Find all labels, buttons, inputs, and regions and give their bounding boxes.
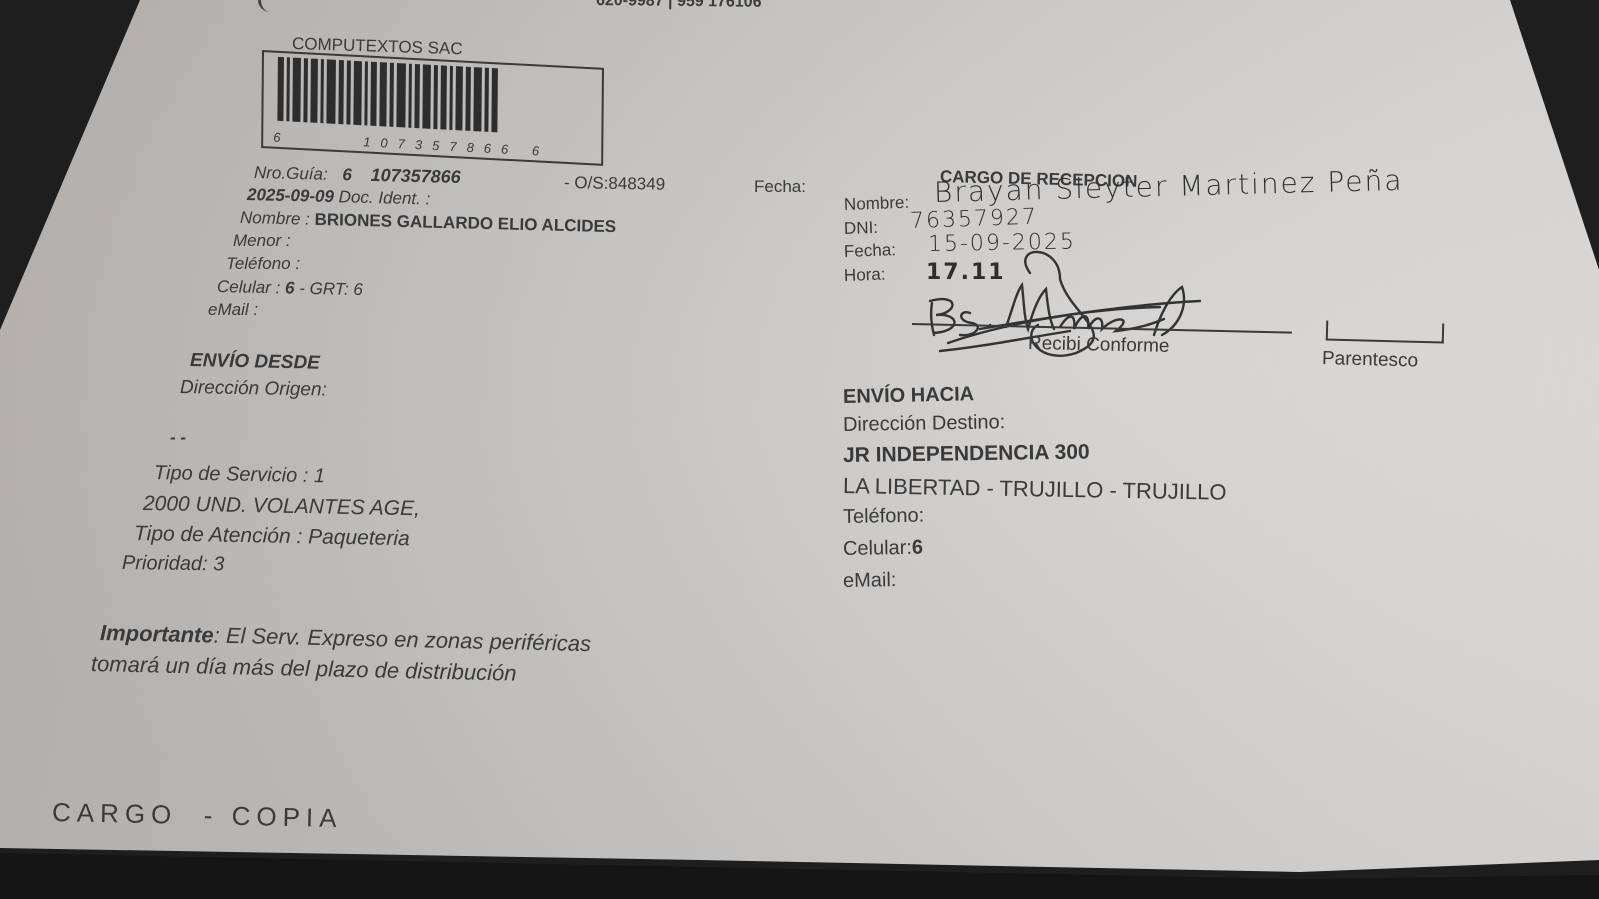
barcode-bar [440,65,447,129]
barcode-bar [286,57,290,121]
barcode-bar [465,67,471,131]
barcode-bar [379,62,387,126]
contact-strip: 620-9987 | 959 176106 [596,0,762,12]
barcode-bar [389,63,394,127]
barcode-bar [396,63,406,127]
barcode-bar [449,66,453,130]
os-number: - O/S:848349 [564,173,665,195]
parentesco-bracket [1326,320,1444,343]
barcode-bar [364,61,368,125]
barcode-bar [422,64,431,128]
barcode-bar [292,58,301,122]
celular-value: 6 [285,278,295,297]
barcode: 6 107357866 6 [261,50,604,166]
barcode-bar [473,67,482,131]
barcode-bar [326,59,336,123]
reception-dni-label: DNI: [844,218,879,239]
barcode-bar [455,66,463,130]
barcode-bar [484,68,489,132]
grt-value: - GRT: 6 [299,279,363,299]
tipo-servicio: Tipo de Servicio : 1 [154,462,325,488]
barcode-lead-digit: 6 [273,130,280,145]
origin-address-value: - - [170,428,186,448]
email-label: eMail : [208,300,258,320]
barcode-bar [338,60,344,124]
destination-celular-row: Celular:6 [843,537,923,561]
telefono-label: Teléfono : [226,254,300,274]
doc-ident-label: Doc. Ident. : [338,187,430,208]
copy-label: CARGO - COPIA [52,797,343,834]
barcode-bar [346,60,351,124]
barcode-bar [303,58,308,122]
destination-celular-label: Celular: [843,537,912,560]
signature-caption: Recibi Conforme [1028,333,1170,358]
receipt-paper [0,0,1599,899]
barcode-bar [277,57,284,121]
destination-heading: ENVÍO HACIA [843,383,975,409]
parentesco-caption: Parentesco [1322,348,1419,373]
barcode-bars [277,57,590,137]
destination-telefono-label: Teléfono: [843,505,925,529]
nro-guia-value: 107357866 [370,165,461,187]
prioridad: Prioridad: 3 [122,552,225,576]
fecha-value: 2025-09-09 [247,185,334,206]
origin-heading: ENVÍO DESDE [190,350,320,375]
barcode-bar [320,59,324,123]
reception-fecha-value: 15-09-2025 [928,229,1076,257]
celular-label: Celular : [217,277,281,297]
barcode-bar [414,64,420,128]
barcode-bar [353,61,362,125]
origin-address-label: Dirección Origen: [180,377,327,402]
nro-guia-label: Nro.Guía: [254,163,328,184]
notice-label: Importante [100,620,214,648]
reception-hora-label: Hora: [844,265,886,286]
reception-nombre-label: Nombre: [844,193,910,215]
photo-scene: 620-9987 | 959 176106 COMPUTEXTOS SAC 6 … [0,0,1599,899]
reception-fecha-label: Fecha: [844,240,897,262]
fecha-label: Fecha: [754,177,806,197]
nombre-label: Nombre : [240,208,310,229]
barcode-bar [433,65,438,129]
destination-celular-value: 6 [912,537,924,559]
destination-address-line1: JR INDEPENDENCIA 300 [843,441,1090,468]
barcode-bar [408,64,412,128]
barcode-bar [491,68,498,132]
nro-guia-prefix: 6 [342,165,352,184]
destination-email-label: eMail: [843,569,897,593]
menor-label: Menor : [233,231,291,251]
destination-address-label: Dirección Destino: [843,411,1006,437]
celular-row: Celular : 6 - GRT: 6 [217,277,363,300]
barcode-bar [310,59,318,123]
barcode-bar [370,62,377,126]
